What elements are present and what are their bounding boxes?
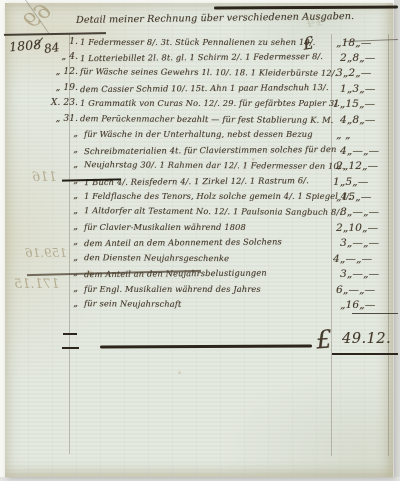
- ledger-row: „ 19. dem Cassier Schmid 10/. 15t. Ahn 1…: [0, 83, 400, 98]
- ledger-row: „ für Engl. Musikalien während des Jahre…: [0, 284, 400, 299]
- row-description: für Engl. Musikalien während des Jahres: [84, 284, 336, 294]
- total-amount: 49.12.: [342, 331, 391, 347]
- row-amount: 4„—„—: [340, 145, 400, 157]
- row-description: für Clavier-Musikalien während 1808: [84, 222, 336, 232]
- row-date: „: [28, 191, 78, 201]
- row-amount: 2„10„—: [336, 222, 396, 234]
- ledger-row: „ 12. für Wäsche seines Gewehrs 1l. 10/.…: [0, 67, 400, 82]
- bleedthrough-159-16: 159.16: [25, 246, 67, 260]
- row-description: für sein Neujahrschaft: [84, 298, 336, 310]
- row-amount: 8„—„—: [340, 206, 400, 218]
- ledger-row: „ Neujahrstag 30/. 1 Rahmen dar 12/. 1 F…: [0, 160, 400, 175]
- row-amount: 3„—„—: [340, 268, 400, 280]
- row-description: den Diensten Neujahrsgeschenke: [84, 252, 336, 264]
- row-description: 1 Federmesser 8/. 3t. Stück Pennalienen …: [80, 37, 332, 47]
- row-description: dem Anteil an dem Abonnement des Solchen…: [84, 236, 336, 248]
- bleedthrough-116: 116: [32, 170, 57, 185]
- row-date: X. 23.: [28, 98, 78, 108]
- row-amount: 2„8„—: [340, 52, 400, 64]
- total-underline: [332, 353, 398, 355]
- row-amount: 4„8„—: [340, 114, 400, 126]
- ledger-row: „ für Clavier-Musikalien während 1808 2„…: [0, 222, 400, 237]
- pre-total-rule: [352, 313, 398, 314]
- row-amount: „18„—: [336, 37, 396, 49]
- ledger-row: X. 23. 1 Grammatik von Curas No. 12/. 29…: [0, 98, 400, 113]
- total-currency-sign: £: [315, 324, 333, 354]
- ledger-row: „ 1 Altdorfer alt Testament No. 12/. 1 P…: [0, 206, 400, 221]
- row-amount: 1„5„—: [333, 176, 393, 188]
- row-amount: „15„—: [336, 191, 396, 203]
- ledger-row: „ Schreibmaterialien 4t. für Clavierstim…: [0, 145, 400, 160]
- bleedthrough-top-right: 44: [304, 11, 325, 31]
- row-description: Schreibmaterialien 4t. für Clavierstimme…: [84, 144, 336, 156]
- row-date: „: [28, 160, 78, 170]
- row-date: „: [28, 129, 78, 139]
- row-amount: 2„12„—: [336, 160, 396, 172]
- scanned-ledger-page: Detail meiner Rechnung über verschiedene…: [0, 0, 400, 481]
- row-amount: 1„15„—: [333, 98, 393, 110]
- row-description: dem Perückenmacher bezahlt — für fest St…: [80, 113, 332, 125]
- ledger-rows: 1. 1 Federmesser 8/. 3t. Stück Pennalien…: [0, 0, 400, 481]
- row-description: 1 Feldflasche des Tenors, Holz solche ge…: [84, 191, 336, 201]
- ledger-row: „ 31. dem Perückenmacher bezahlt — für f…: [0, 114, 400, 129]
- row-date: „ 4.: [28, 52, 78, 62]
- row-amount: 3„2„—: [336, 67, 396, 79]
- row-description: für Wäsche in der Unterhaltung, nebst de…: [84, 129, 336, 139]
- row-date: „: [28, 206, 78, 216]
- carry-dash-upper: [63, 333, 77, 335]
- bleedthrough-171-15: 171.15: [14, 277, 60, 292]
- row-description: Neujahrstag 30/. 1 Rahmen dar 12/. 1 Fed…: [84, 159, 336, 171]
- ledger-row: 1. 1 Federmesser 8/. 3t. Stück Pennalien…: [0, 37, 400, 52]
- row-description: 1 Altdorfer alt Testament No. 12/. 1 Pau…: [84, 206, 336, 218]
- row-amount: 6„—„—: [336, 284, 396, 296]
- row-amount: „ „: [336, 129, 396, 141]
- row-amount: 3„—„—: [340, 237, 400, 249]
- row-description: 1 Grammatik von Curas No. 12/. 29. für g…: [80, 98, 332, 108]
- row-date: „: [28, 222, 78, 232]
- row-amount: 1„3„—: [340, 83, 400, 95]
- row-date: „ 12.: [28, 67, 78, 77]
- row-description: 1 Lotteriebillet 2l. 8t. gl. 1 Schirm 2/…: [80, 51, 332, 63]
- row-date: 1.: [28, 37, 78, 47]
- ledger-row: „ 1 Buch 4/. Reisfedern 4/. 1 Zirkel 12/…: [0, 176, 400, 191]
- ledger-row: „ 1 Feldflasche des Tenors, Holz solche …: [0, 191, 400, 206]
- row-date: „ 31.: [28, 114, 78, 124]
- row-amount: 4„—„—: [333, 253, 393, 265]
- row-amount: „16„—: [340, 299, 400, 311]
- row-description: 1 Buch 4/. Reisfedern 4/. 1 Zirkel 12/. …: [84, 174, 336, 186]
- row-description: für Wäsche seines Gewehrs 1l. 10/. 18. 1…: [80, 67, 332, 79]
- carry-dash-lower: [62, 347, 79, 349]
- row-date: „: [28, 299, 78, 309]
- row-date: „ 19.: [28, 83, 78, 93]
- ledger-row: „ 4. 1 Lotteriebillet 2l. 8t. gl. 1 Schi…: [0, 52, 400, 67]
- row-date: „: [28, 145, 78, 155]
- row-description: dem Cassier Schmid 10/. 15t. Ahn 1 paar …: [80, 82, 332, 94]
- ledger-row: „ für Wäsche in der Unterhaltung, nebst …: [0, 129, 400, 144]
- ledger-row: „ für sein Neujahrschaft „16„—: [0, 299, 400, 314]
